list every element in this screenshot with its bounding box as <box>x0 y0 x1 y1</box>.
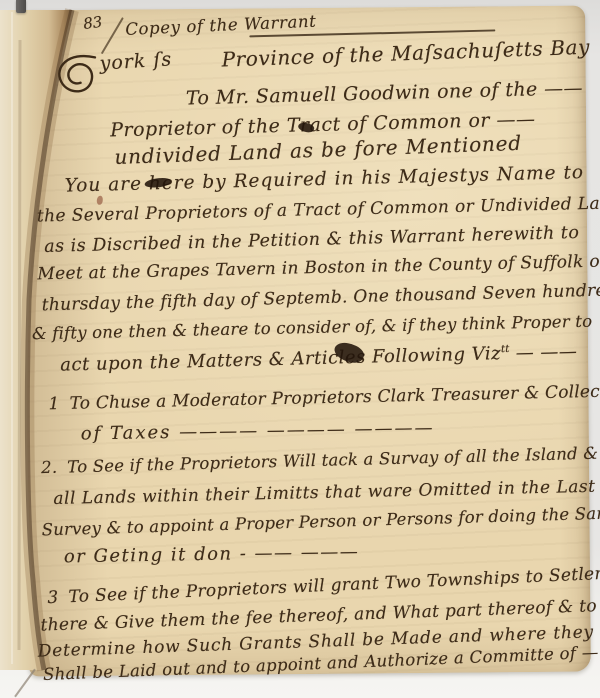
body-line-5: thursday the fifth day of Septemb. One t… <box>41 280 600 315</box>
province-heading: Province of the Maſsachuſetts Bay <box>221 35 590 72</box>
facing-page-crease-dark <box>19 40 20 650</box>
viz-dashes: — —— <box>515 341 577 364</box>
body-line-4: Meet at the Grapes Tavern in Boston in t… <box>37 251 600 284</box>
body-line-2: the Several Proprietors of a Tract of Co… <box>37 193 600 226</box>
county-mark: york ſs <box>99 48 173 74</box>
article-1-line-2: of Taxes ———— ———— ———— <box>81 417 435 444</box>
article-2-line-2: all Lands within their Limitts that ware… <box>53 477 596 509</box>
article-2-number: 2. <box>41 458 58 477</box>
article-2-text: To See if the Proprietors Will tack a Su… <box>67 444 598 477</box>
body-line-3: as is Discribed in the Petition & this W… <box>44 223 580 257</box>
page-number: 83 <box>82 13 103 33</box>
manuscript-scan: 83 Copey of the Warrant york ſs Province… <box>0 0 600 698</box>
salutation-line-1: To Mr. Samuell Goodwin one of the —— <box>186 77 584 109</box>
handwriting-layer: 83 Copey of the Warrant york ſs Province… <box>23 6 591 677</box>
article-3-number: 3 <box>47 588 59 608</box>
article-2-line-3: Survey & to appoint a Proper Person or P… <box>41 503 600 539</box>
article-2-line-1: 2.To See if the Proprietors Will tack a … <box>41 444 598 478</box>
viz-line: act upon the Matters & Articles Followin… <box>60 341 578 376</box>
viz-text: act upon the Matters & Articles Followin… <box>60 343 501 376</box>
article-2-line-4: or Geting it don - —— ——— <box>64 541 360 567</box>
ink-stain-red <box>97 196 103 205</box>
article-1-text: To Chuse a Moderator Proprietors Clark T… <box>69 381 600 414</box>
article-1-line-1: 1To Chuse a Moderator Proprietors Clark … <box>48 381 600 414</box>
body-line-6: & fifty one then & theare to consider of… <box>32 312 593 344</box>
page-number-flourish <box>101 17 124 54</box>
article-1-number: 1 <box>48 394 59 414</box>
viz-superscript: tt <box>501 343 510 355</box>
